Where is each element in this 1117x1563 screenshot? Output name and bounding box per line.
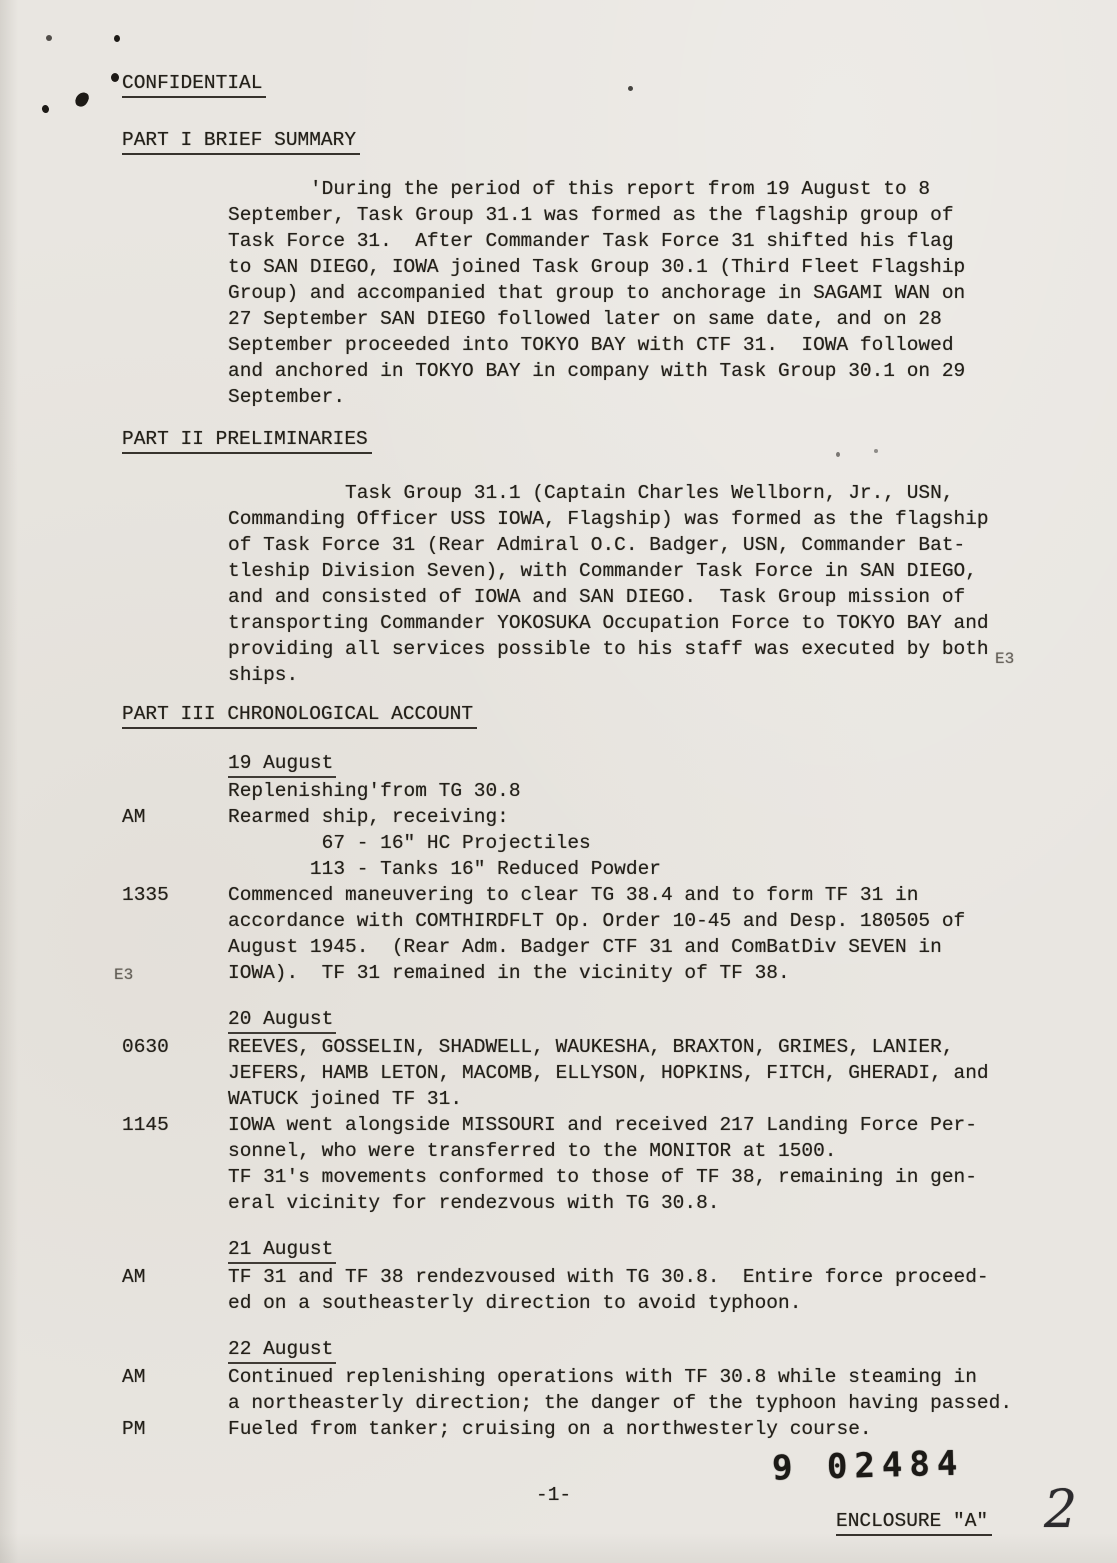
entry-date: 22 August <box>228 1336 336 1364</box>
time-label: PM <box>122 1416 228 1442</box>
entry-text: Continued replenishing operations with T… <box>228 1364 1012 1416</box>
ink-speck <box>874 449 878 453</box>
handwritten-page-number: 2 <box>1044 1484 1077 1536</box>
ink-speck <box>836 452 840 457</box>
ink-speck <box>46 35 52 41</box>
enclosure-label: ENCLOSURE "A" <box>836 1508 992 1536</box>
classification-text: CONFIDENTIAL <box>122 70 266 98</box>
time-label <box>122 778 228 804</box>
time-label: 1145 <box>122 1112 228 1216</box>
entry-date: 21 August <box>228 1236 336 1264</box>
entry-date-row: 19 August <box>228 750 1062 778</box>
time-label: AM <box>122 804 228 882</box>
time-label: AM <box>122 1264 228 1316</box>
time-label: 0630 <box>122 1034 228 1112</box>
entry-text: REEVES, GOSSELIN, SHADWELL, WAUKESHA, BR… <box>228 1034 989 1112</box>
entry-21-august: 21 August AM TF 31 and TF 38 rendezvouse… <box>122 1236 1062 1316</box>
ink-speck <box>73 90 90 109</box>
part2-body: Task Group 31.1 (Captain Charles Wellbor… <box>228 480 989 688</box>
entry-text: Commenced maneuvering to clear TG 38.4 a… <box>228 882 965 986</box>
entry-date: 20 August <box>228 1006 336 1034</box>
classification-marking: CONFIDENTIAL <box>122 70 266 98</box>
entry-date: 19 August <box>228 750 336 778</box>
pencil-mark: E3 <box>114 962 133 988</box>
entry-block: 1145 IOWA went alongside MISSOURI and re… <box>122 1112 1062 1216</box>
part2-heading-text: PART II PRELIMINARIES <box>122 426 372 454</box>
entry-19-august: 19 August Replenishing'from TG 30.8 AM R… <box>122 750 1062 986</box>
ink-speck <box>114 35 120 42</box>
part2-heading: PART II PRELIMINARIES <box>122 426 372 454</box>
entry-22-august: 22 August AM Continued replenishing oper… <box>122 1336 1062 1442</box>
entry-date-row: 21 August <box>228 1236 1062 1264</box>
time-label: AM <box>122 1364 228 1416</box>
entry-20-august: 20 August 0630 REEVES, GOSSELIN, SHADWEL… <box>122 1006 1062 1216</box>
chronological-entries: 19 August Replenishing'from TG 30.8 AM R… <box>122 750 1062 1442</box>
entry-text: TF 31 and TF 38 rendezvoused with TG 30.… <box>228 1264 989 1316</box>
part3-heading-text: PART III CHRONOLOGICAL ACCOUNT <box>122 701 477 729</box>
entry-text: IOWA went alongside MISSOURI and receive… <box>228 1112 977 1216</box>
entry-text: Fueled from tanker; cruising on a northw… <box>228 1416 872 1442</box>
entry-block: PM Fueled from tanker; cruising on a nor… <box>122 1416 1062 1442</box>
time-label: 1335 <box>122 882 228 986</box>
entry-text: Replenishing'from TG 30.8 <box>228 778 521 804</box>
ink-speck <box>111 73 119 82</box>
entry-block: 1335 Commenced maneuvering to clear TG 3… <box>122 882 1062 986</box>
stamp-serial-number: 9 02484 <box>772 1443 965 1488</box>
entry-text: Rearmed ship, receiving: 67 - 16" HC Pro… <box>228 804 661 882</box>
entry-block: AM Continued replenishing operations wit… <box>122 1364 1062 1416</box>
part1-body: 'During the period of this report from 1… <box>228 176 965 410</box>
entry-block: Replenishing'from TG 30.8 <box>122 778 1062 804</box>
entry-block: 0630 REEVES, GOSSELIN, SHADWELL, WAUKESH… <box>122 1034 1062 1112</box>
ink-speck <box>41 104 50 114</box>
entry-block: AM TF 31 and TF 38 rendezvoused with TG … <box>122 1264 1062 1316</box>
entry-date-row: 22 August <box>228 1336 1062 1364</box>
part1-heading-text: PART I BRIEF SUMMARY <box>122 127 360 155</box>
ink-speck <box>628 86 633 91</box>
entry-block: AM Rearmed ship, receiving: 67 - 16" HC … <box>122 804 1062 882</box>
pencil-mark: E3 <box>995 646 1014 672</box>
part1-heading: PART I BRIEF SUMMARY <box>122 127 360 155</box>
entry-date-row: 20 August <box>228 1006 1062 1034</box>
part3-heading: PART III CHRONOLOGICAL ACCOUNT <box>122 701 477 729</box>
page-number: -1- <box>536 1482 571 1508</box>
document-page: CONFIDENTIAL PART I BRIEF SUMMARY 'Durin… <box>0 0 1117 1563</box>
enclosure-label-text: ENCLOSURE "A" <box>836 1508 992 1536</box>
